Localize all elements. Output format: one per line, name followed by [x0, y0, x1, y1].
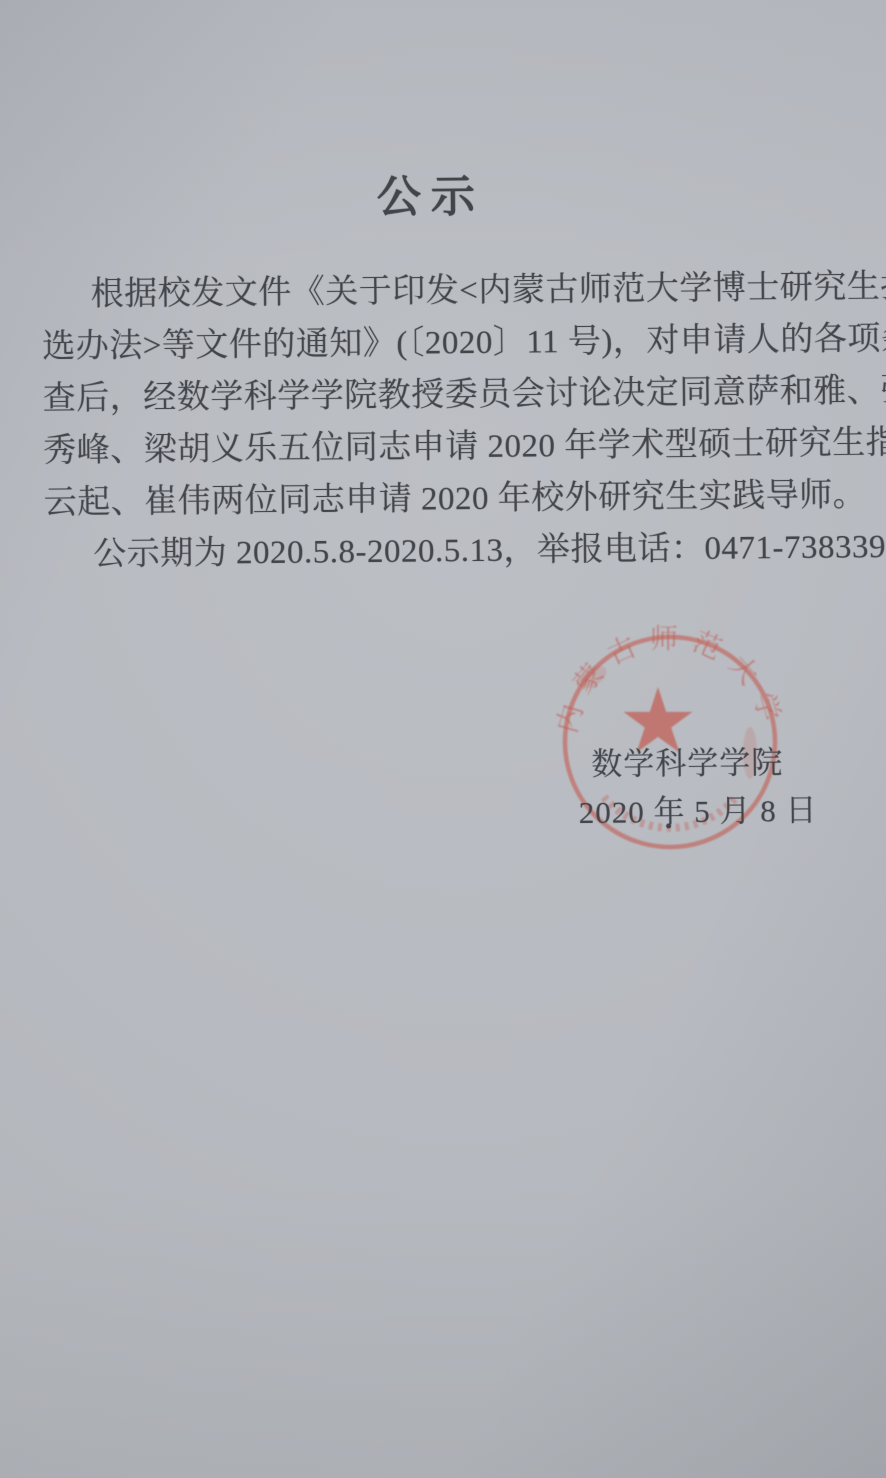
notice-title: 公示	[0, 156, 853, 228]
notice-body: 根据校发文件《关于印发<内蒙古师范大学博士研究生指导教师遴 选办法>等文件的通知…	[42, 261, 851, 581]
body-line: 选办法>等文件的通知》(〔2020〕11 号)，对申请人的各项条件进行审	[42, 313, 848, 373]
signature-date: 2020 年 5 月 8 日	[579, 785, 818, 832]
body-line: 公示期为 2020.5.8-2020.5.13，举报电话：0471-738339…	[44, 521, 850, 581]
photographed-paper: 内蒙古师范大学 ★ 公示 根据校发文件《关于印发<内蒙古师范大学博士研究生指导教…	[0, 0, 886, 1478]
notice-document: 公示 根据校发文件《关于印发<内蒙古师范大学博士研究生指导教师遴 选办法>等文件…	[0, 0, 886, 1478]
body-line: 云起、崔伟两位同志申请 2020 年校外研究生实践导师。	[44, 469, 850, 529]
body-line: 根据校发文件《关于印发<内蒙古师范大学博士研究生指导教师遴	[42, 261, 848, 321]
body-line: 秀峰、梁胡义乐五位同志申请 2020 年学术型硕士研究生指导教师；于	[43, 417, 849, 477]
body-line: 查后，经数学科学学院教授委员会讨论决定同意萨和雅、张靖、周艳、	[43, 365, 849, 425]
signature-organization: 数学科学学院	[591, 737, 783, 784]
stray-ink-dot: .	[665, 802, 673, 836]
